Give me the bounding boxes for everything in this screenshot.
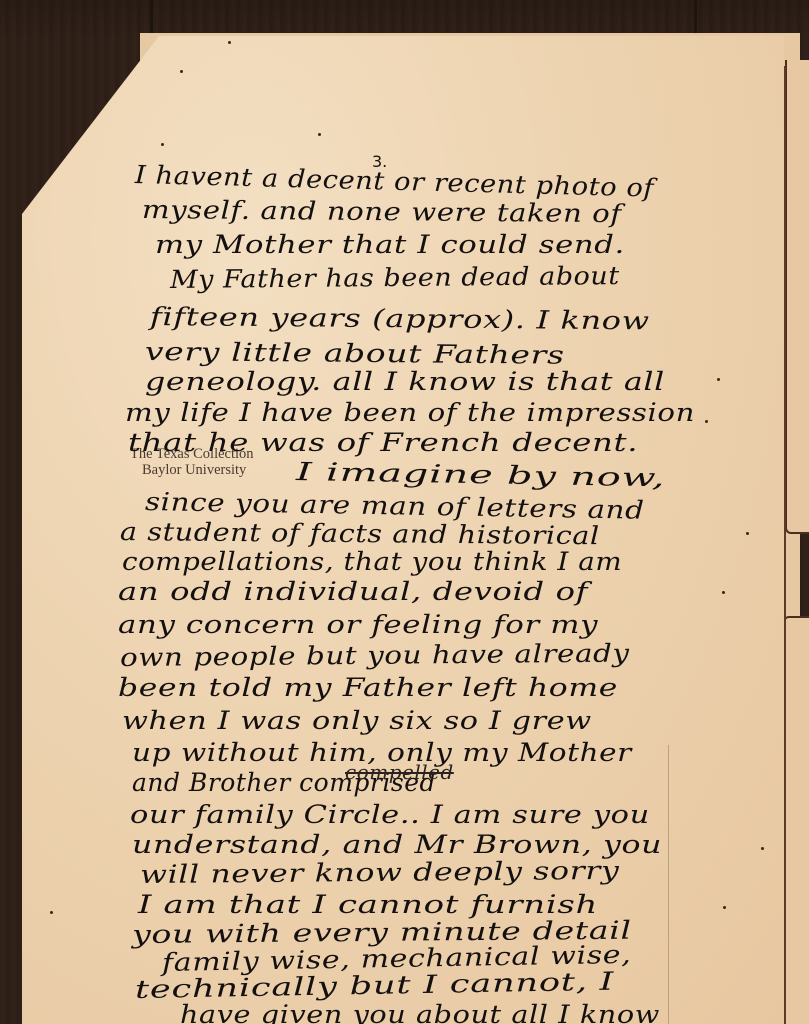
letter-line: a student of facts and historical xyxy=(120,517,600,550)
stamp-line-2: Baylor University xyxy=(130,462,254,478)
letter-line: have given you about all I know xyxy=(180,1000,660,1024)
letter-line: My Father has been dead about xyxy=(170,261,620,294)
letter-line: when I was only six so I grew xyxy=(122,706,592,735)
letter-line: I imagine by now, xyxy=(296,457,666,492)
letter-line: that he was of French decent. xyxy=(128,428,638,457)
letter-line: my life I have been of the impression xyxy=(125,398,695,427)
letter-line: been told my Father left home xyxy=(118,673,618,702)
letter-line: myself. and none were taken of xyxy=(142,195,622,228)
letter-line: geneology. all I know is that all xyxy=(145,367,665,396)
letter-line: understand, and Mr Brown, you xyxy=(132,830,662,859)
letter-line: will never know deeply sorry xyxy=(140,856,620,889)
letter-line: compellations, that you think I am xyxy=(122,547,622,576)
struck-out-word: compelled xyxy=(345,760,454,784)
letter-text: 3. The Texas Collection Baylor Universit… xyxy=(0,0,809,1024)
letter-line: own people but you have already xyxy=(120,639,630,672)
letter-line: my Mother that I could send. xyxy=(155,230,625,259)
letter-line: I am that I cannot furnish xyxy=(138,890,598,919)
letter-line: fifteen years (approx). I know xyxy=(150,302,650,335)
letter-line: our family Circle.. I am sure you xyxy=(130,800,650,829)
letter-line: any concern or feeling for my xyxy=(118,610,598,639)
letter-line: very little about Fathers xyxy=(145,337,565,370)
letter-line: an odd individual, devoid of xyxy=(118,577,588,606)
